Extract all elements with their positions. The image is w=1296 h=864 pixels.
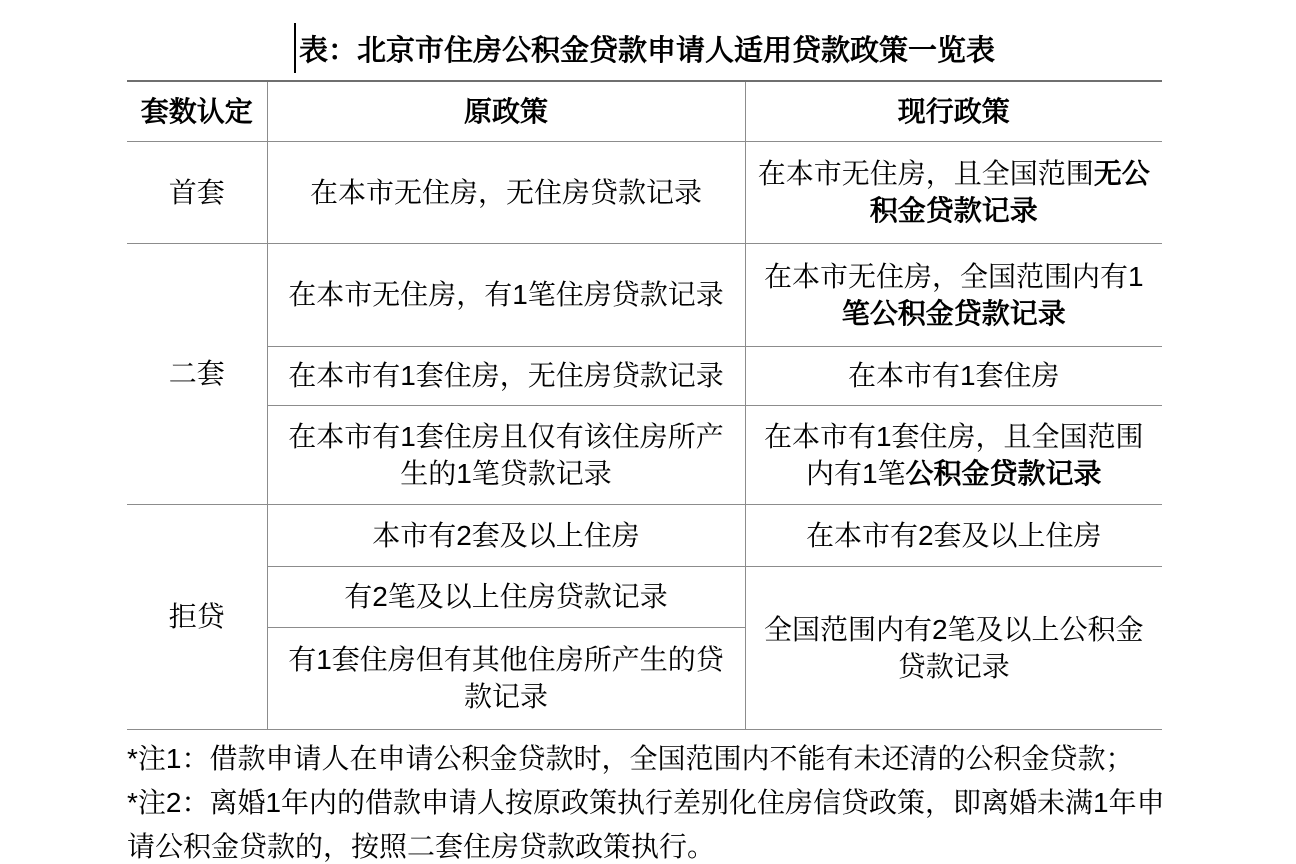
new-policy-merged-cell: 全国范围内有2笔及以上公积金贷款记录 [745,566,1162,729]
new-policy-text: 在本市无住房，全国范围内有1 [764,261,1144,292]
old-policy-cell: 在本市无住房，无住房贷款记录 [267,141,745,243]
new-policy-cell: 在本市有1套住房，且全国范围内有1笔公积金贷款记录 [745,405,1162,504]
old-policy-cell: 在本市有1套住房且仅有该住房所产生的1笔贷款记录 [267,405,745,504]
table-row-second-home-3: 在本市有1套住房且仅有该住房所产生的1笔贷款记录 在本市有1套住房，且全国范围内… [127,405,1162,504]
new-policy-bold-text: 公积金贷款记录 [906,458,1102,489]
table-row-loan-denied-2: 有2笔及以上住房贷款记录 全国范围内有2笔及以上公积金贷款记录 [127,566,1162,627]
row-label-loan-denied: 拒贷 [127,504,267,729]
table-row-second-home-1: 二套 在本市无住房，有1笔住房贷款记录 在本市无住房，全国范围内有1笔公积金贷款… [127,243,1162,346]
header-row: 套数认定 原政策 现行政策 [127,81,1162,141]
new-policy-cell: 在本市有1套住房 [745,346,1162,405]
policy-table: 套数认定 原政策 现行政策 首套 在本市无住房，无住房贷款记录 在本市无住房，且… [127,80,1162,730]
new-policy-cell: 在本市有2套及以上住房 [745,504,1162,566]
footnote-1: *注1：借款申请人在申请公积金贷款时，全国范围内不能有未还清的公积金贷款； [127,737,1179,781]
old-policy-cell: 有1套住房但有其他住房所产生的贷款记录 [267,627,745,729]
old-policy-cell: 本市有2套及以上住房 [267,504,745,566]
old-policy-cell: 有2笔及以上住房贷款记录 [267,566,745,627]
document-canvas: 表：北京市住房公积金贷款申请人适用贷款政策一览表 套数认定 原政策 现行政策 首… [0,0,1296,864]
header-old-policy: 原政策 [267,81,745,141]
header-unit-count: 套数认定 [127,81,267,141]
new-policy-text: 在本市无住房，且全国范围 [758,158,1094,189]
new-policy-cell: 在本市无住房，且全国范围无公积金贷款记录 [745,141,1162,243]
row-label-first-home: 首套 [127,141,267,243]
new-policy-text: 在本市有2套及以上住房 [806,520,1102,551]
footnote-2: *注2：离婚1年内的借款申请人按原政策执行差别化住房信贷政策，即离婚未满1年申请… [127,781,1179,864]
table-row-loan-denied-1: 拒贷 本市有2套及以上住房 在本市有2套及以上住房 [127,504,1162,566]
old-policy-cell: 在本市无住房，有1笔住房贷款记录 [267,243,745,346]
new-policy-text: 在本市有1套住房 [848,360,1060,391]
new-policy-bold-text: 笔公积金贷款记录 [842,298,1066,329]
table-row-second-home-2: 在本市有1套住房，无住房贷款记录 在本市有1套住房 [127,346,1162,405]
document-title: 表：北京市住房公积金贷款申请人适用贷款政策一览表 [299,28,995,69]
row-label-second-home: 二套 [127,243,267,504]
table-row-first-home: 首套 在本市无住房，无住房贷款记录 在本市无住房，且全国范围无公积金贷款记录 [127,141,1162,243]
new-policy-cell: 在本市无住房，全国范围内有1笔公积金贷款记录 [745,243,1162,346]
document-title-row: 表：北京市住房公积金贷款申请人适用贷款政策一览表 [127,20,1162,76]
old-policy-cell: 在本市有1套住房，无住房贷款记录 [267,346,745,405]
header-current-policy: 现行政策 [745,81,1162,141]
text-cursor [294,23,296,73]
footnotes: *注1：借款申请人在申请公积金贷款时，全国范围内不能有未还清的公积金贷款； *注… [127,737,1179,864]
